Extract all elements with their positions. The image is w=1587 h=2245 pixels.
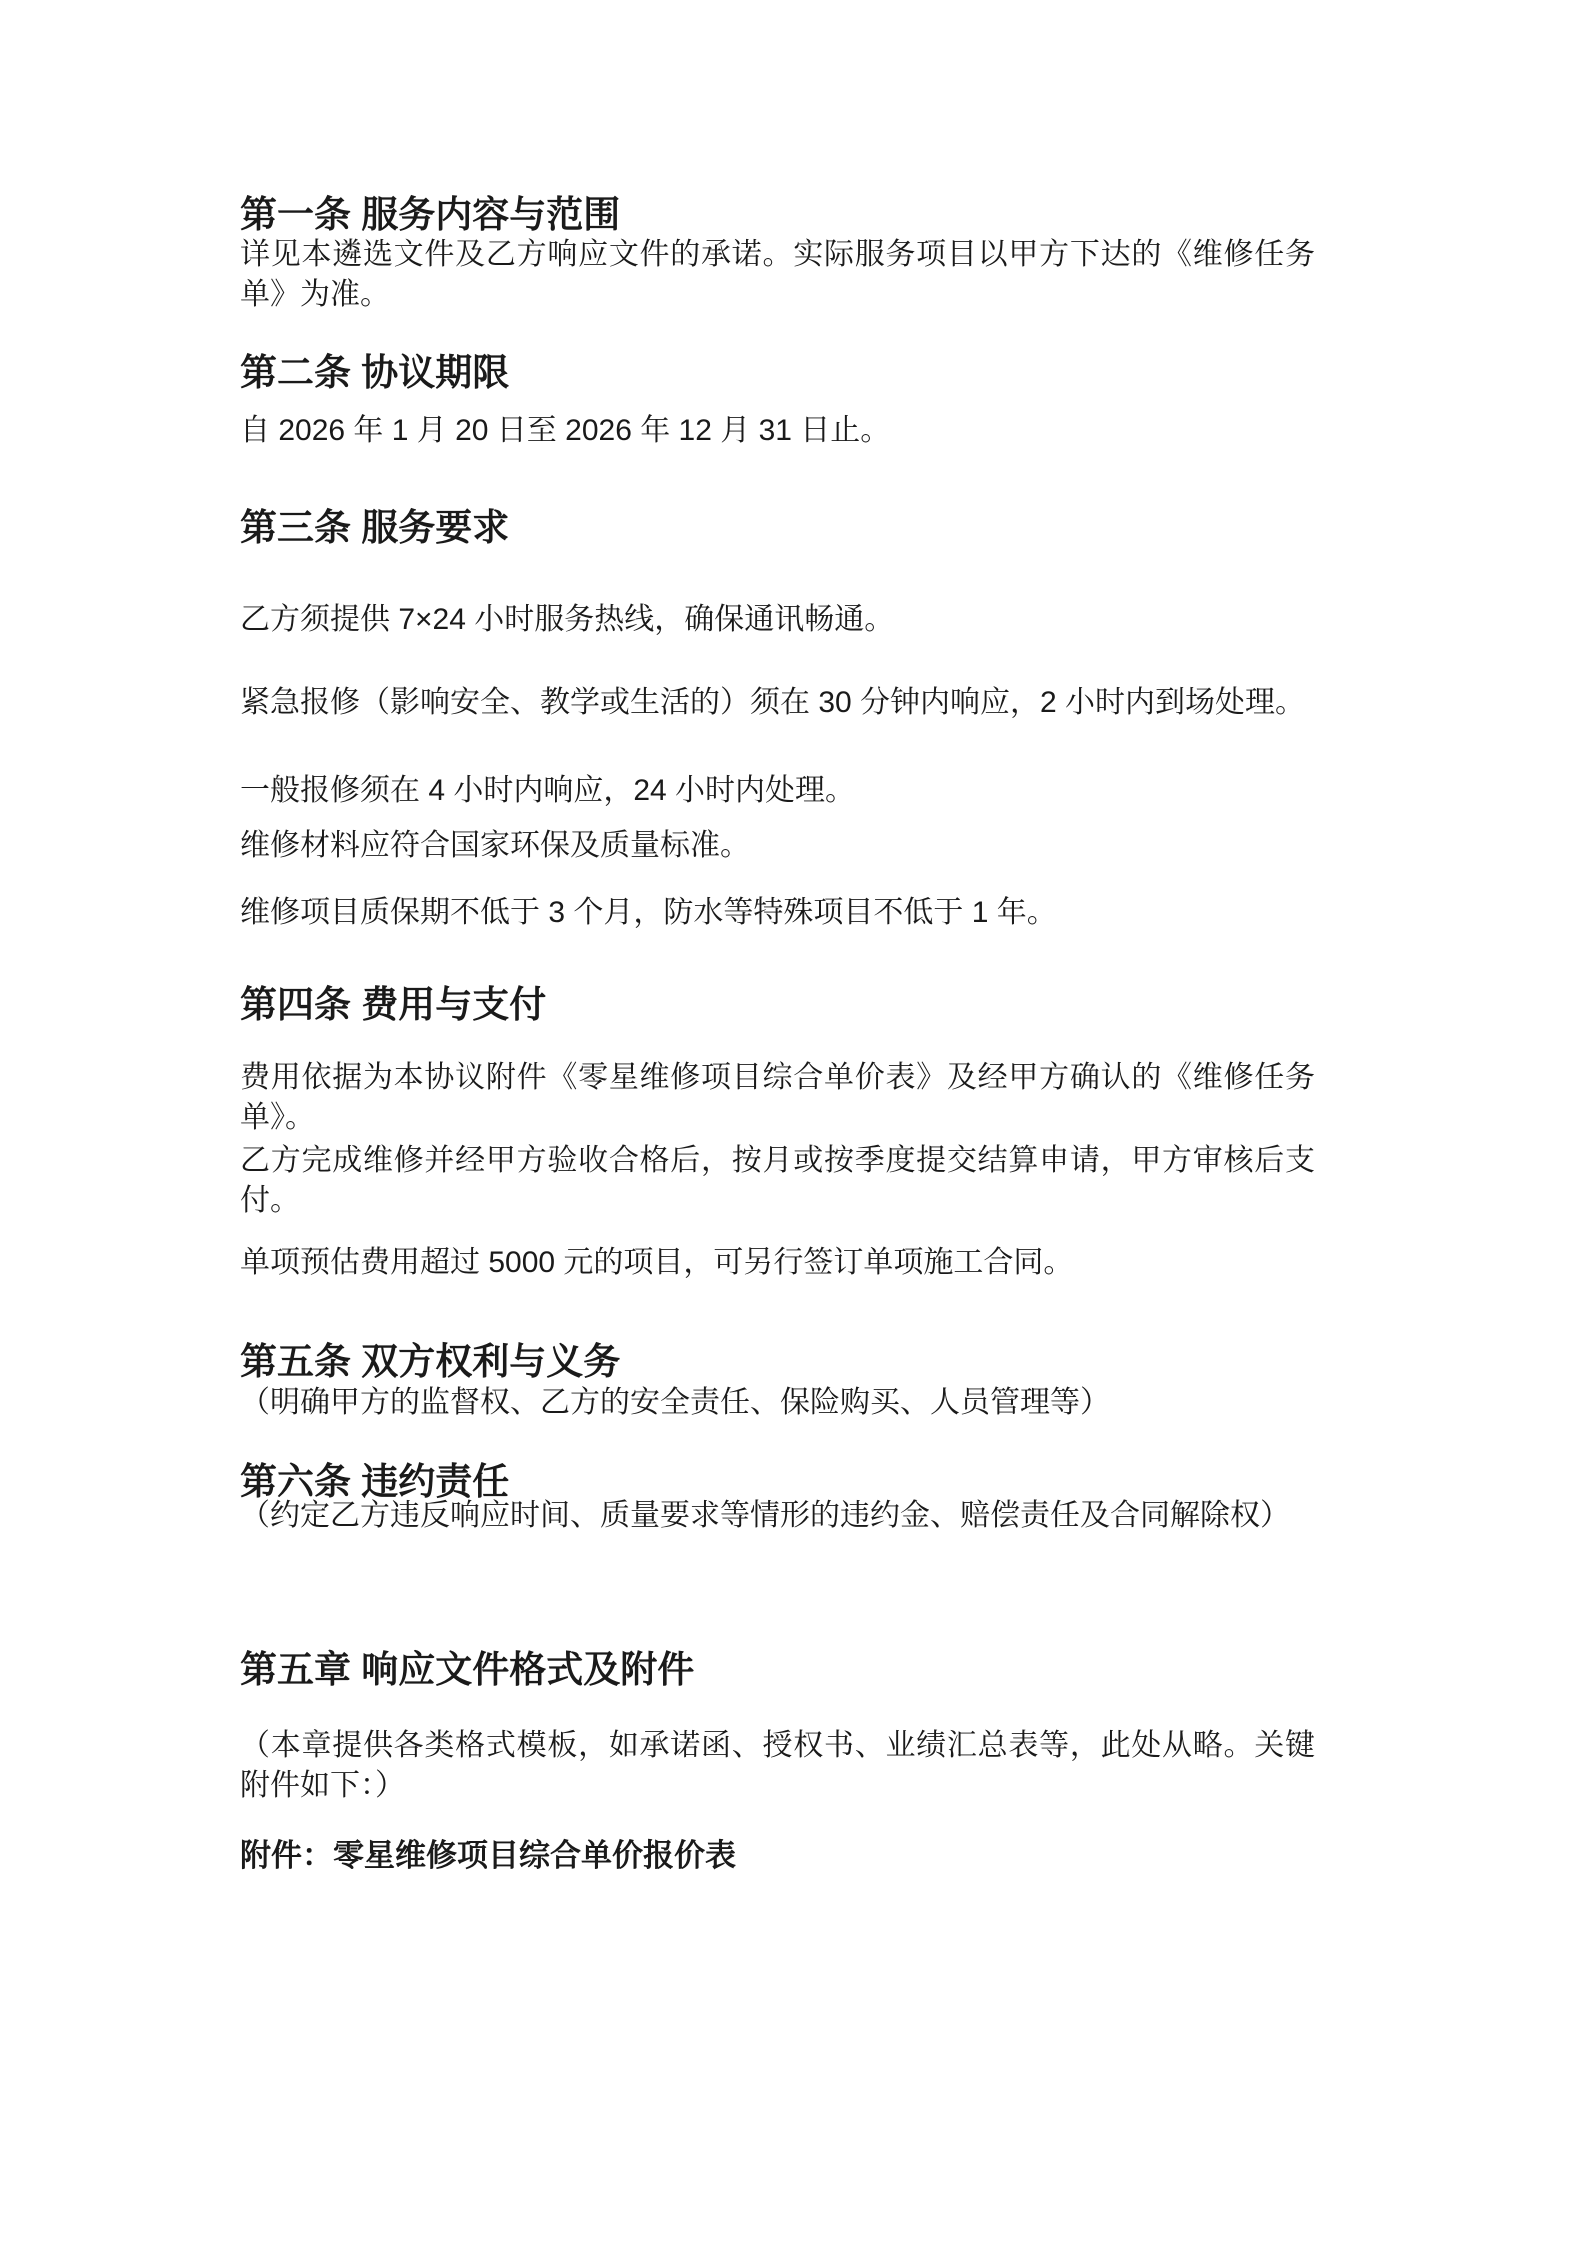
article-6-note: （约定乙方违反响应时间、质量要求等情形的违约金、赔偿责任及合同解除权） — [240, 1496, 1347, 1536]
general-repair-para: 一般报修须在 4 小时内响应，24 小时内处理。 — [240, 771, 1347, 811]
material-standard-para: 维修材料应符合国家环保及质量标准。 — [240, 826, 1347, 866]
article-4-heading: 第四条 费用与支付 — [240, 982, 1347, 1028]
article-2-term: 自 2026 年 1 月 20 日至 2026 年 12 月 31 日止。 — [240, 411, 1347, 451]
article-1-heading: 第一条 服务内容与范围 — [240, 192, 1347, 238]
chapter-5-heading: 第五章 响应文件格式及附件 — [240, 1647, 1347, 1693]
fee-basis-para: 费用依据为本协议附件《零星维修项目综合单价表》及经甲方确认的《维修任务单》。 — [240, 1058, 1315, 1138]
article-5-heading: 第五条 双方权利与义务 — [240, 1339, 1347, 1385]
chapter-5-note: （本章提供各类格式模板，如承诺函、授权书、业绩汇总表等，此处从略。关键附件如下：… — [240, 1726, 1315, 1806]
single-project-para: 单项预估费用超过 5000 元的项目，可另行签订单项施工合同。 — [240, 1243, 1347, 1283]
article-1-body: 详见本遴选文件及乙方响应文件的承诺。实际服务项目以甲方下达的《维修任务单》为准。 — [240, 235, 1315, 315]
article-3-heading: 第三条 服务要求 — [240, 505, 1347, 551]
settlement-para: 乙方完成维修并经甲方验收合格后，按月或按季度提交结算申请，甲方审核后支付。 — [240, 1141, 1315, 1221]
document-page: 第一条 服务内容与范围 详见本遴选文件及乙方响应文件的承诺。实际服务项目以甲方下… — [0, 0, 1587, 2245]
emergency-repair-para: 紧急报修（影响安全、教学或生活的）须在 30 分钟内响应，2 小时内到场处理。 — [240, 683, 1347, 723]
attachment-title: 附件：零星维修项目综合单价报价表 — [240, 1835, 1347, 1877]
article-2-heading: 第二条 协议期限 — [240, 350, 1347, 396]
article-5-note: （明确甲方的监督权、乙方的安全责任、保险购买、人员管理等） — [240, 1383, 1347, 1423]
warranty-para: 维修项目质保期不低于 3 个月，防水等特殊项目不低于 1 年。 — [240, 893, 1347, 933]
service-hotline-para: 乙方须提供 7×24 小时服务热线，确保通讯畅通。 — [240, 600, 1347, 640]
